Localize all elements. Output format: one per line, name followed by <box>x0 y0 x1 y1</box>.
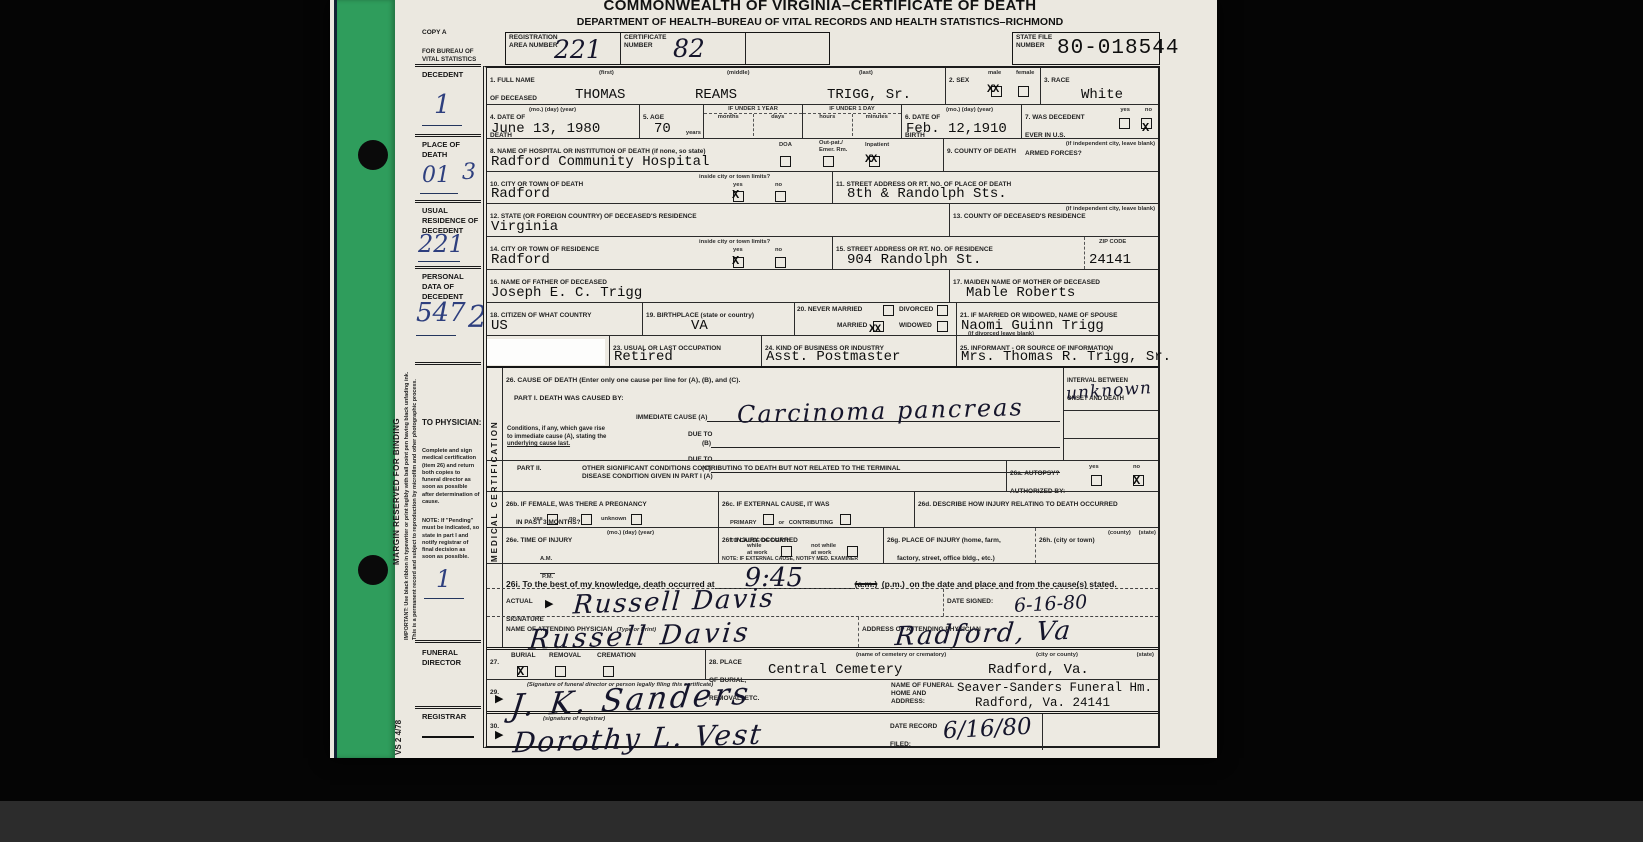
inpatient-hint: Inpatient <box>865 142 889 148</box>
part2-text: OTHER SIGNIFICANT CONDITIONS CONTRIBUTIN… <box>582 465 1003 481</box>
limits-no-hint: no <box>775 182 782 188</box>
funeral-home-label: NAME OF FUNERAL HOME AND ADDRESS: <box>891 682 954 706</box>
binding-note-line1: IMPORTANT: Use black ribbon in typewrite… <box>404 95 410 640</box>
place-of-injury-label2: factory, street, office bldg., etc.) <box>897 555 995 562</box>
margin-place-code-a: 01 <box>422 163 450 188</box>
funeral-home-label1: NAME OF FUNERAL <box>891 682 954 689</box>
checkbox-armed-forces-no: X <box>1141 118 1152 129</box>
while-hint: while <box>747 543 762 549</box>
first-name-value: THOMAS <box>575 87 625 103</box>
certificate-title: COMMONWEALTH OF VIRGINIA–CERTIFICATE OF … <box>480 0 1160 14</box>
redacted-ssn-box <box>487 339 605 365</box>
widowed-label: WIDOWED <box>899 322 932 330</box>
margin-line <box>420 193 458 194</box>
certificate-number-value: 82 <box>673 34 705 63</box>
divorced-label: DIVORCED <box>899 306 933 314</box>
birthplace-value: VA <box>691 318 708 334</box>
checkbox-pregnancy-no <box>581 514 592 525</box>
checkbox-limits-res-yes: X <box>733 257 744 268</box>
burial-mark: X <box>517 665 524 679</box>
part2-text-line2: DISEASE CONDITION GIVEN IN PART I (A) <box>582 473 713 480</box>
interval-divider <box>1064 410 1158 411</box>
checkbox-sex-female <box>1018 86 1029 97</box>
autopsy-no-mark: X <box>1133 474 1140 488</box>
date-of-death-hint: (mo.) (day) (year) <box>529 107 576 113</box>
street-residence-value: 904 Randolph St. <box>847 252 981 268</box>
months-hint: months <box>704 114 754 136</box>
county-residence-hint: (if independent city, leave blank) <box>1066 206 1155 212</box>
burial-label: BURIAL <box>511 652 536 660</box>
state-file-value: 80-018544 <box>1057 37 1179 60</box>
burial-city-hint: (city or county) <box>1036 652 1078 658</box>
place-of-injury-label: 26g. PLACE OF INJURY (home, farm, <box>887 537 1001 544</box>
disposition-num: 27. <box>490 659 499 666</box>
conditions-line3: underlying cause last. <box>507 441 570 447</box>
margin-place-label: PLACE OF DEATH <box>422 140 484 160</box>
form-code: VS 2 4/78 <box>394 685 403 755</box>
funeral-home-label2: HOME AND <box>891 690 926 697</box>
external-cause-label: 26c. IF EXTERNAL CAUSE, IT WAS <box>722 501 830 508</box>
spouse-value: Naomi Guinn Trigg <box>961 318 1104 334</box>
margin-physician-note: Complete and sign medical certification … <box>422 448 480 506</box>
limits-hint-residence: inside city or town limits? <box>699 239 770 245</box>
checkbox-armed-forces-yes <box>1119 118 1130 129</box>
date-filed-value: 6/16/80 <box>942 714 1032 745</box>
mother-value: Mable Roberts <box>966 285 1075 301</box>
hole-punch-bottom <box>358 555 388 585</box>
occupation-value: Retired <box>614 349 673 365</box>
limits-no-hint: no <box>775 247 782 253</box>
hours-hint: hours <box>803 114 853 136</box>
middle-hint: (middle) <box>727 70 750 76</box>
checkbox-married: XX <box>873 321 884 332</box>
er-hint: Out-pat./ <box>819 140 843 146</box>
checkbox-limits-death-yes: X <box>733 191 744 202</box>
armed-forces-no-hint: no <box>1145 107 1152 113</box>
informant-value: Mrs. Thomas R. Trigg, Sr. <box>961 349 1171 365</box>
county-of-death-hint: (if independent city, leave blank) <box>1066 141 1155 147</box>
last-hint: (last) <box>859 70 873 76</box>
city-of-death-value: Radford <box>491 186 550 202</box>
citizen-value: US <box>491 318 508 334</box>
county-of-death-label: 9. COUNTY OF DEATH <box>947 148 1016 155</box>
certificate-subtitle: DEPARTMENT OF HEALTH–BUREAU OF VITAL REC… <box>480 16 1160 28</box>
days-hint: days <box>754 114 803 136</box>
burial-state-hint: (state) <box>1137 652 1154 658</box>
funeral-home-value: Seaver-Sanders Funeral Hm. <box>957 681 1152 695</box>
cemetery-value: Central Cemetery <box>768 662 902 678</box>
under-1-day-label: IF UNDER 1 DAY <box>803 105 901 114</box>
autopsy-label: 26a. AUTOPSY? <box>1010 470 1060 477</box>
margin-divider <box>415 134 481 137</box>
checkbox-primary <box>763 514 774 525</box>
autopsy-yes-hint: yes <box>1089 464 1099 470</box>
zip-value: 24141 <box>1089 252 1131 268</box>
date-signed-label: DATE SIGNED: <box>947 598 993 605</box>
place-of-burial-label: 28. PLACE <box>709 659 742 666</box>
street-of-death-value: 8th & Randolph Sts. <box>847 186 1007 202</box>
time-of-injury-hint: (mo.) (day) (year) <box>607 530 654 536</box>
margin-line <box>416 335 456 336</box>
certificate-paper: MARGIN RESERVED FOR BINDING IMPORTANT: U… <box>330 0 1217 758</box>
binding-margin-title: MARGIN RESERVED FOR BINDING <box>392 145 401 565</box>
checkbox-autopsy-yes <box>1091 475 1102 486</box>
margin-divider <box>415 200 481 203</box>
last-name-value: TRIGG, Sr. <box>827 87 911 103</box>
primary-hint: PRIMARY <box>730 520 757 526</box>
checkbox-contributing <box>840 514 851 525</box>
margin-divider <box>415 640 481 643</box>
not-while-hint: not while <box>811 543 836 549</box>
removal-label: REMOVAL <box>549 652 581 660</box>
pregnancy-no-hint: no <box>569 516 576 522</box>
er-hint2: Emer. Rm. <box>819 147 847 153</box>
actual-signature-label: ACTUAL <box>506 598 533 605</box>
time-of-injury-label: 26e. TIME OF INJURY <box>506 537 572 544</box>
margin-divider <box>415 266 481 269</box>
sex-label: 2. SEX <box>949 77 969 84</box>
cemetery-hint: (name of cemetery or crematory) <box>856 652 946 658</box>
due-to-b-line-label: (B) <box>702 440 711 448</box>
funeral-home-label3: ADDRESS: <box>891 698 925 705</box>
state-residence-value: Virginia <box>491 219 558 235</box>
signature-arrow-icon: ▶ <box>495 728 503 741</box>
cause-of-death-label: 26. CAUSE OF DEATH (Enter only one cause… <box>506 377 740 384</box>
margin-to-physician-label: TO PHYSICIAN: <box>422 418 484 429</box>
county-residence-label: 13. COUNTY OF DECEASED'S RESIDENCE <box>953 213 1086 220</box>
registrar-signature: Dorothy L. Vest <box>511 718 764 760</box>
checkbox-never-married <box>883 305 894 316</box>
margin-decedent-label: DECEDENT <box>422 70 484 80</box>
hospital-value: Radford Community Hospital <box>491 154 709 170</box>
margin-divider <box>415 706 481 709</box>
checkbox-limits-res-no <box>775 257 786 268</box>
margin-personal-code-a: 547 <box>416 298 466 328</box>
date-of-death-label: 4. DATE OF <box>490 114 525 121</box>
checkbox-doa <box>780 156 791 167</box>
registration-box-group: REGISTRATION AREA NUMBER 221 CERTIFICATE… <box>505 32 830 65</box>
middle-name-value: REAMS <box>695 87 737 103</box>
conditions-note: Conditions, if any, which gave rise to i… <box>507 426 667 449</box>
sex-female-hint: female <box>1016 70 1034 76</box>
sex-male-mark: XX <box>987 84 998 96</box>
injury-city-label: 26h. (city or town) <box>1039 537 1095 544</box>
checkbox-widowed <box>937 321 948 332</box>
margin-pending-code: 1 <box>436 565 451 593</box>
checkbox-er <box>823 156 834 167</box>
pregnancy-unknown-hint: unknown <box>601 516 626 522</box>
date-of-birth-value: Feb. 12,1910 <box>906 121 1007 137</box>
margin-divider <box>415 64 481 67</box>
not-while-hint2: at work <box>811 550 831 556</box>
describe-injury-label: 26d. DESCRIBE HOW INJURY RELATING TO DEA… <box>918 501 1118 508</box>
limits-yes-hint: yes <box>733 247 743 253</box>
injury-state-hint: (state) <box>1139 530 1156 536</box>
sex-male-hint: male <box>988 70 1001 76</box>
city-residence-value: Radford <box>491 252 550 268</box>
margin-line <box>422 736 474 738</box>
business-value: Asst. Postmaster <box>766 349 900 365</box>
medical-certification-vertical-label: MEDICAL CERTIFICATION <box>490 366 499 562</box>
conditions-line2: to immediate cause (A), stating the <box>507 434 606 440</box>
immediate-cause-label: IMMEDIATE CAUSE (A) <box>636 414 707 422</box>
part2-label: PART II. <box>517 465 541 473</box>
part1-label: PART I. DEATH WAS CAUSED BY: <box>514 395 624 402</box>
physician-signature-value: Russell Davis <box>572 583 776 620</box>
state-file-label: STATE FILE NUMBER <box>1016 34 1056 50</box>
margin-funeral-director-label: FUNERAL DIRECTOR <box>422 648 484 668</box>
part2-text-line1: OTHER SIGNIFICANT CONDITIONS CONTRIBUTIN… <box>582 465 900 472</box>
under-1-year-label: IF UNDER 1 YEAR <box>704 105 802 114</box>
zip-label: ZIP CODE <box>1099 239 1126 245</box>
scanner-bed-strip <box>0 801 1643 842</box>
age-unit: years <box>686 130 701 136</box>
checkbox-pregnancy-unknown <box>631 514 642 525</box>
certificate-form: 1. FULL NAME OF DECEASED (first) (middle… <box>483 66 1160 748</box>
immediate-cause-value: Carcinoma pancreas <box>737 393 1024 428</box>
limits-res-yes-mark: X <box>732 254 739 268</box>
armed-forces-yes-hint: yes <box>1120 107 1130 113</box>
age-value: 70 <box>654 121 671 137</box>
certificate-number-label: CERTIFICATE NUMBER <box>624 34 679 50</box>
checkbox-inpatient: XX <box>869 156 880 167</box>
minutes-hint: minutes <box>853 114 902 136</box>
date-filed-label: DATE RECORDFILED: <box>890 723 937 748</box>
binding-note-line2: This is a permanent record and subject t… <box>412 95 418 640</box>
checkbox-burial: X <box>517 666 528 677</box>
margin-line <box>418 261 460 262</box>
date-filed-label2: FILED: <box>890 741 911 748</box>
margin-decedent-code: 1 <box>434 90 451 120</box>
autopsy-no-hint: no <box>1133 464 1140 470</box>
first-hint: (first) <box>599 70 614 76</box>
binding-margin-strip <box>334 0 395 758</box>
registrar-sig-hint: (signature of registrar) <box>543 716 605 722</box>
margin-divider <box>415 362 481 365</box>
date-signed-value: 6-16-80 <box>1013 591 1087 617</box>
signature-arrow-icon: ▶ <box>545 597 553 610</box>
funeral-home-address: Radford, Va. 24141 <box>975 696 1110 710</box>
burial-city-value: Radford, Va. <box>988 662 1089 678</box>
date-of-death-value: June 13, 1980 <box>491 121 600 137</box>
conditions-line1: Conditions, if any, which gave rise <box>507 426 605 432</box>
checkbox-pregnancy-yes <box>547 514 558 525</box>
armed-forces-no-mark: X <box>1142 121 1149 135</box>
date-of-birth-hint: (mo.) (day) (year) <box>946 107 993 113</box>
doa-hint: DOA <box>779 142 792 148</box>
limits-hint-death: inside city or town limits? <box>699 174 770 180</box>
married-label: MARRIED <box>837 322 867 330</box>
full-name-label2: OF DECEASED <box>490 95 537 102</box>
armed-forces-label: 7. WAS DECEDENT <box>1025 114 1085 121</box>
copy-label: COPY A <box>422 29 484 38</box>
checkbox-autopsy-no: X <box>1133 475 1144 486</box>
father-value: Joseph E. C. Trigg <box>491 285 642 301</box>
contributing-hint: CONTRIBUTING <box>789 520 833 526</box>
pregnancy-yes-hint: yes <box>533 516 543 522</box>
interval-divider <box>1064 438 1158 439</box>
checkbox-while-at-work <box>781 546 792 557</box>
checkbox-limits-death-no <box>775 191 786 202</box>
limits-death-yes-mark: X <box>732 188 739 202</box>
signature-arrow-icon: ▶ <box>495 692 503 705</box>
hole-punch-top <box>358 140 388 170</box>
date-of-birth-label: 6. DATE OF <box>905 114 940 121</box>
margin-line <box>424 598 464 599</box>
due-to-b-label: DUE TO <box>688 431 712 439</box>
never-married-label: 20. NEVER MARRIED <box>797 306 862 314</box>
date-filed-label1: DATE RECORD <box>890 723 937 730</box>
margin-line <box>422 125 462 126</box>
checkbox-sex-male: XX <box>991 86 1002 97</box>
race-value: White <box>1081 87 1123 103</box>
am-hint: A.M. <box>540 556 552 562</box>
checkbox-not-while-at-work <box>847 546 858 557</box>
checkbox-cremation <box>603 666 614 677</box>
margin-pending-note: NOTE: If "Pending" must be indicated, so… <box>422 518 480 562</box>
cremation-label: CREMATION <box>597 652 636 660</box>
margin-registrar-label: REGISTRAR <box>422 712 484 722</box>
while-hint2: at work <box>747 550 767 556</box>
state-file-box: STATE FILE NUMBER 80-018544 <box>1012 32 1160 65</box>
checkbox-divorced <box>937 305 948 316</box>
race-label: 3. RACE <box>1044 77 1070 84</box>
checkbox-removal <box>555 666 566 677</box>
inpatient-mark: XX <box>865 154 876 166</box>
full-name-label: 1. FULL NAME <box>490 77 535 84</box>
scanned-death-certificate: MARGIN RESERVED FOR BINDING IMPORTANT: U… <box>0 0 1643 842</box>
margin-residence-code: 221 <box>418 230 464 258</box>
injury-county-hint: (county) <box>1108 530 1131 536</box>
bureau-label: FOR BUREAU OF VITAL STATISTICS <box>422 48 480 64</box>
pregnancy-label: 26b. IF FEMALE, WAS THERE A PREGNANCY <box>506 501 647 508</box>
or-hint: or <box>778 520 784 526</box>
age-label: 5. AGE <box>643 114 664 121</box>
margin-place-code-b: 3 <box>462 160 476 185</box>
registration-area-value: 221 <box>554 35 602 64</box>
